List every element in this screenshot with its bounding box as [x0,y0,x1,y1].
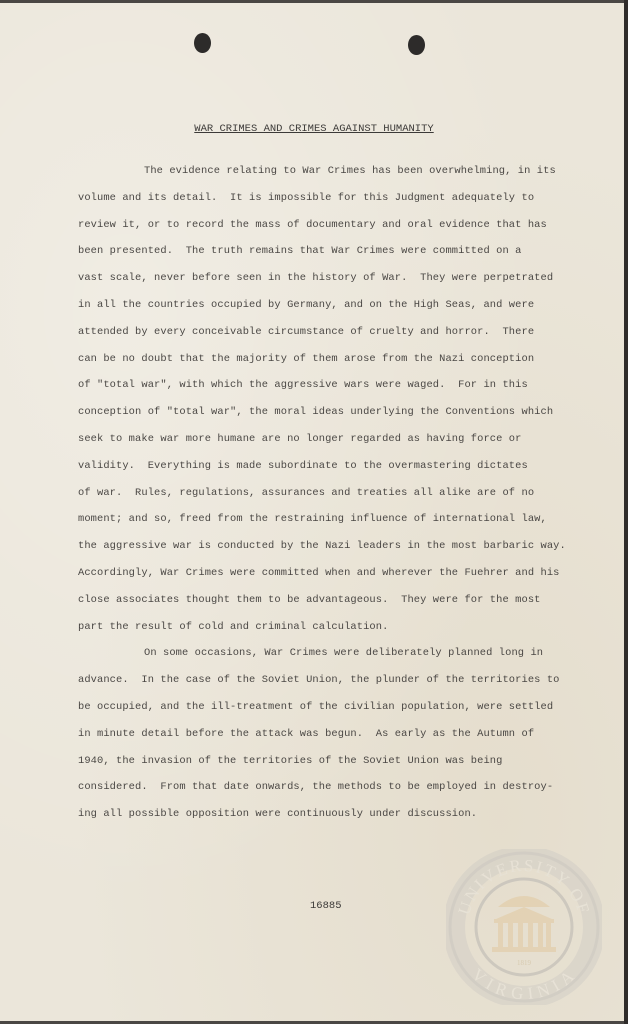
text-line: be occupied, and the ill-treatment of th… [78,694,588,721]
title-text: WAR CRIMES AND CRIMES AGAINST HUMANITY [194,123,433,135]
text-line: The evidence relating to War Crimes has … [78,158,588,185]
text-line: vast scale, never before seen in the his… [78,265,588,292]
rotunda-icon [492,896,556,952]
text-line: conception of "total war", the moral ide… [78,399,588,426]
text-line: the aggressive war is conducted by the N… [78,533,588,560]
text-line: validity. Everything is made subordinate… [78,453,588,480]
page-number: 16885 [310,900,342,912]
document-body: The evidence relating to War Crimes has … [78,158,588,828]
text-line: volume and its detail. It is impossible … [78,185,588,212]
text-line: been presented. The truth remains that W… [78,238,588,265]
text-line: of "total war", with which the aggressiv… [78,372,588,399]
seal-year: 1819 [517,959,532,967]
document-page: WAR CRIMES AND CRIMES AGAINST HUMANITY T… [0,3,624,1021]
punch-hole [194,33,211,53]
text-line: review it, or to record the mass of docu… [78,212,588,239]
text-line: in all the countries occupied by Germany… [78,292,588,319]
text-line: close associates thought them to be adva… [78,587,588,614]
text-line: part the result of cold and criminal cal… [78,614,588,641]
document-title: WAR CRIMES AND CRIMES AGAINST HUMANITY [0,123,628,135]
paragraph-1: The evidence relating to War Crimes has … [78,158,588,640]
text-line: Accordingly, War Crimes were committed w… [78,560,588,587]
scan-edge [624,0,628,1024]
text-line: attended by every conceivable circumstan… [78,319,588,346]
text-line: ing all possible opposition were continu… [78,801,588,828]
text-line: moment; and so, freed from the restraini… [78,506,588,533]
text-line: 1940, the invasion of the territories of… [78,748,588,775]
text-line: On some occasions, War Crimes were delib… [78,640,588,667]
text-line: in minute detail before the attack was b… [78,721,588,748]
punch-hole [408,35,425,55]
text-line: of war. Rules, regulations, assurances a… [78,480,588,507]
text-line: seek to make war more humane are no long… [78,426,588,453]
text-line: advance. In the case of the Soviet Union… [78,667,588,694]
text-line: considered. From that date onwards, the … [78,774,588,801]
university-seal-watermark: UNIVERSITY OF VIRGINIA 1819 [446,849,602,1005]
text-line: can be no doubt that the majority of the… [78,346,588,373]
paragraph-2: On some occasions, War Crimes were delib… [78,640,588,828]
